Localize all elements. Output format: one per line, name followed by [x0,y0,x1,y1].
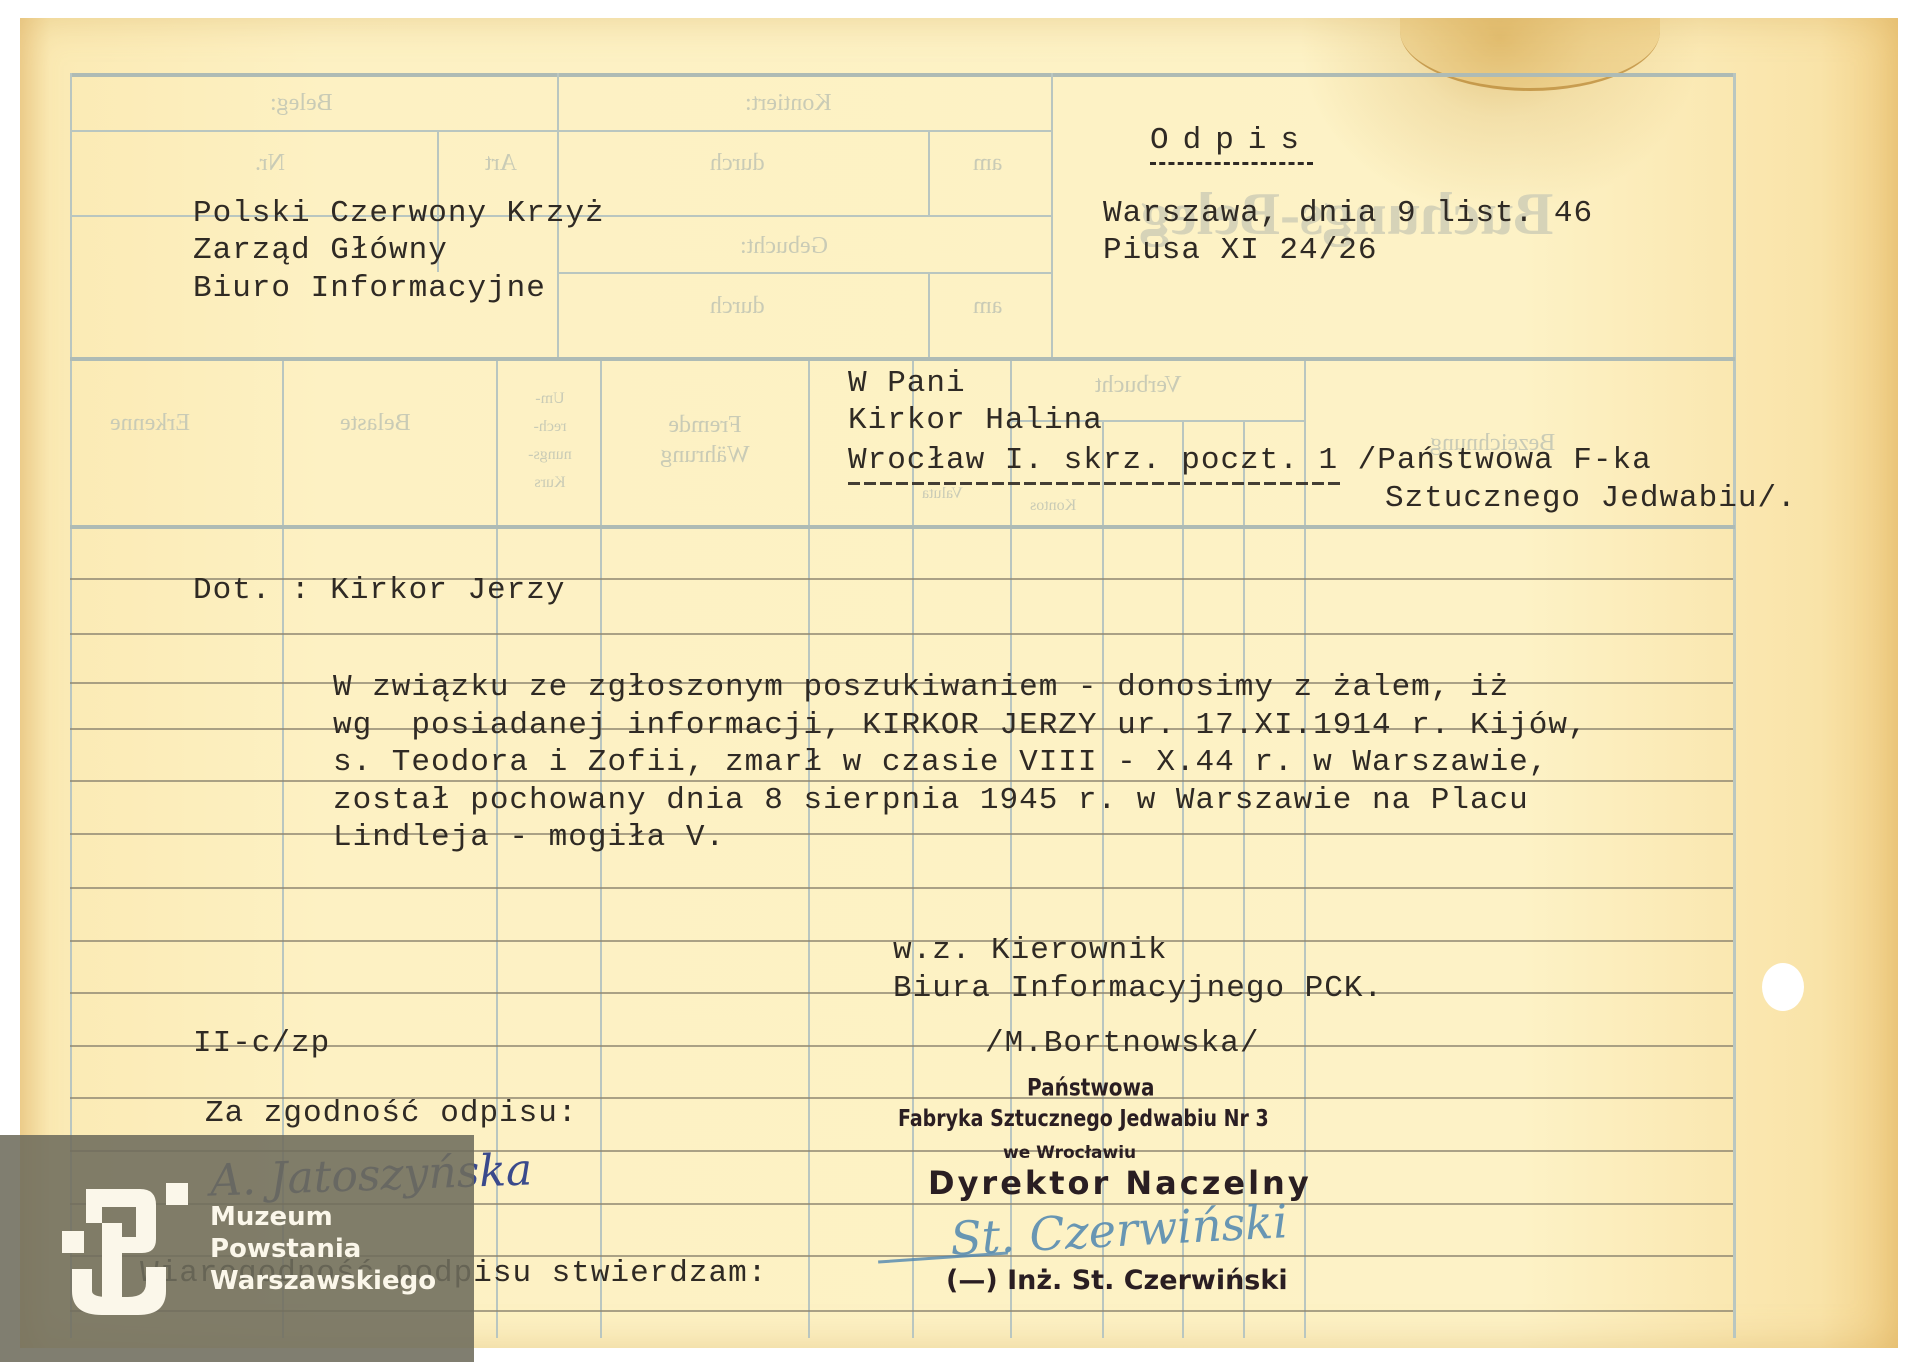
document-title: Odpis [1150,125,1313,156]
recipient-salutation: W Pani [848,368,966,399]
stamp-line-3: we Wrocławiu [1003,1145,1136,1162]
form-border-right [1733,73,1736,1338]
museum-watermark: Muzeum Powstania Warszawskiego [0,1135,474,1362]
form-label-kontiert: Kontiert: [745,90,832,117]
form-label-valuta: Valuta [922,485,963,503]
recipient-name: Kirkor Halina [848,405,1103,436]
form-label-erkenne: Erkenne [110,410,190,437]
hole-punch [1762,963,1804,1011]
museum-name-line-1: Muzeum [210,1201,436,1233]
sender-line-2: Zarząd Główny [193,235,448,266]
reference-code: II-c/zp [193,1028,330,1059]
form-rule [70,130,1051,132]
stamp-line-1: Państwowa [1027,1075,1155,1099]
stamp-line-4: Dyrektor Naczelny [928,1167,1312,1199]
museum-name-line-3: Warszawskiego [210,1265,436,1297]
form-label-am: am [973,293,1002,320]
form-label-beleg: Beleg: [270,90,333,117]
form-divider [808,361,810,1338]
form-divider [928,130,930,215]
form-label-am: am [973,150,1002,177]
museum-name-line-2: Powstania [210,1233,436,1265]
form-label-fremde-waehrung: Fremde Währung [650,410,760,470]
form-border-top [70,73,1735,77]
form-label-nr: Nr. [255,150,285,177]
form-label-konto: Kontos [1030,497,1076,515]
recipient-address-line-2: Sztucznego Jedwabiu/. [1385,483,1797,514]
subject-line: Dot. : Kirkor Jerzy [193,575,565,606]
stamp-line-2: Fabryka Sztucznego Jedwabiu Nr 3 [898,1108,1269,1131]
body-line: Lindleja - mogiła V. [333,822,725,853]
body-line: wg posiadanej informacji, KIRKOR JERZY u… [333,710,1588,741]
place-date: Warszawa, dnia 9 list. 46 [1103,198,1593,229]
ruled-line [70,633,1733,635]
stamp-signed-name: (—) Inż. St. Czerwiński [946,1267,1288,1294]
form-rule [70,525,1735,529]
ruled-line [70,887,1733,889]
ruled-line [70,780,1733,782]
signatory-role-1: w.z. Kierownik [893,935,1167,966]
sender-line-1: Polski Czerwony Krzyż [193,198,605,229]
form-label-belaste: Belaste [340,410,411,437]
recipient-address-line-1: Wrocław I. skrz. poczt. 1 /Państwowa F-k… [848,445,1652,476]
form-divider [1051,73,1053,357]
form-label-durch: durch [710,293,765,320]
body-line: W związku ze zgłoszonym poszukiwaniem - … [333,672,1509,703]
form-divider [912,361,914,1338]
signatory-role-2: Biura Informacyjnego PCK. [893,973,1383,1004]
body-line: został pochowany dnia 8 sierpnia 1945 r.… [333,785,1529,816]
body-line: s. Teodora i Zofii, zmarł w czasie VIII … [333,747,1548,778]
form-label-umrechnungskurs: Um-rech-nungs-Kurs [520,385,580,497]
form-rule [557,272,1051,274]
form-rule [70,357,1735,361]
form-label-verbucht: Verbucht [1095,372,1182,399]
museum-name: Muzeum Powstania Warszawskiego [210,1201,436,1297]
sender-line-3: Biuro Informacyjne [193,273,546,304]
address-underline [848,482,1343,485]
signatory-name: /M.Bortnowska/ [985,1028,1259,1059]
form-divider [928,272,930,357]
ruled-line [70,833,1733,835]
form-label-durch: durch [710,150,765,177]
form-label-gebucht: Gebucht: [740,233,828,260]
document-title-text: Odpis [1150,123,1313,165]
recipient-address-text: Wrocław I. skrz. poczt. 1 /Państwowa F-k… [848,443,1652,478]
kotwica-logo-icon [62,1183,190,1315]
certification-label: Za zgodność odpisu: [205,1098,577,1129]
form-label-art: Art [485,150,517,177]
sender-address: Piusa XI 24/26 [1103,235,1377,266]
